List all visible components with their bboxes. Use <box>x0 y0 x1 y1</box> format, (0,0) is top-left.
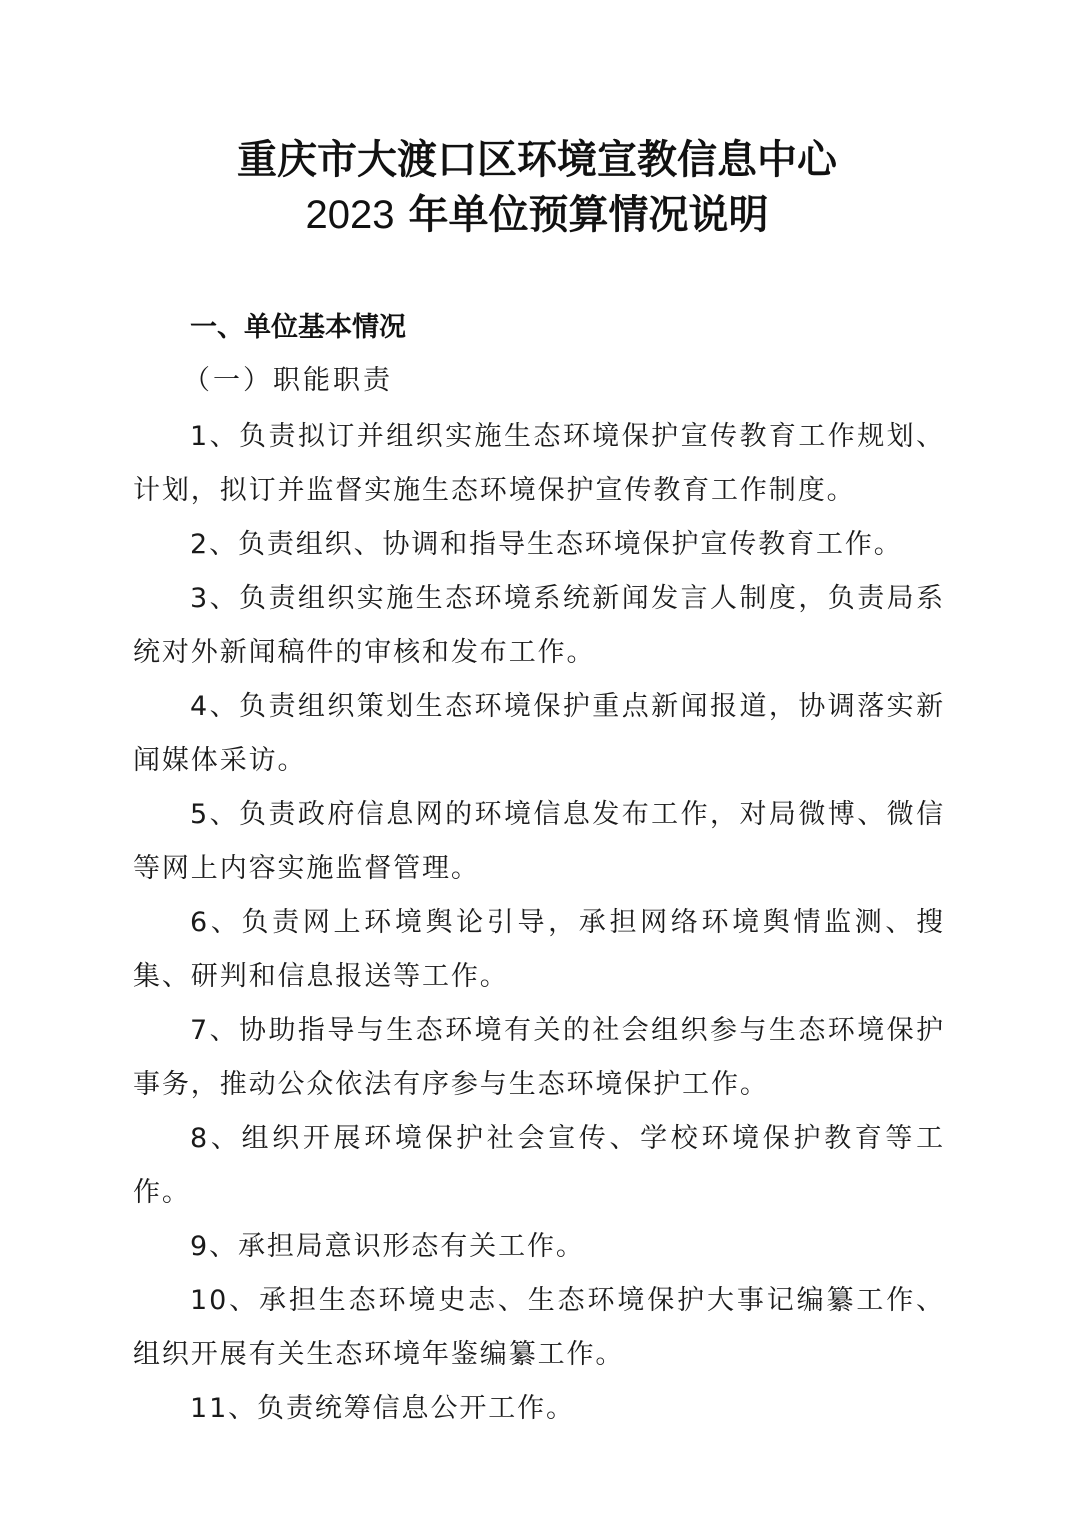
title-line2-text: 年单位预算情况说明 <box>408 191 768 238</box>
list-item: 1、负责拟订并组织实施生态环境保护宣传教育工作规划、计划，拟订并监督实施生态环境… <box>133 410 945 518</box>
list-item: 11、负责统筹信息公开工作。 <box>133 1382 945 1436</box>
list-item: 6、负责网上环境舆论引导，承担网络环境舆情监测、搜集、研判和信息报送等工作。 <box>133 896 945 1004</box>
document-title-line2: 2023 年单位预算情况说明 <box>0 191 1074 239</box>
list-item: 9、承担局意识形态有关工作。 <box>133 1220 945 1274</box>
list-item: 2、负责组织、协调和指导生态环境保护宣传教育工作。 <box>133 518 945 572</box>
list-item: 7、协助指导与生态环境有关的社会组织参与生态环境保护事务，推动公众依法有序参与生… <box>133 1004 945 1112</box>
list-item: 8、组织开展环境保护社会宣传、学校环境保护教育等工作。 <box>133 1112 945 1220</box>
title-year: 2023 <box>306 193 395 237</box>
functions-list: 1、负责拟订并组织实施生态环境保护宣传教育工作规划、计划，拟订并监督实施生态环境… <box>133 410 945 1436</box>
list-item: 3、负责组织实施生态环境系统新闻发言人制度，负责局系统对外新闻稿件的审核和发布工… <box>133 572 945 680</box>
list-item: 5、负责政府信息网的环境信息发布工作，对局微博、微信等网上内容实施监督管理。 <box>133 788 945 896</box>
document-page: 重庆市大渡口区环境宣教信息中心 2023 年单位预算情况说明 一、单位基本情况 … <box>0 0 1074 1520</box>
list-item: 10、承担生态环境史志、生态环境保护大事记编纂工作、组织开展有关生态环境年鉴编纂… <box>133 1274 945 1382</box>
subsection-heading-functions: （一）职能职责 <box>183 357 393 405</box>
list-item: 4、负责组织策划生态环境保护重点新闻报道，协调落实新闻媒体采访。 <box>133 680 945 788</box>
section-heading-basic-info: 一、单位基本情况 <box>190 304 406 352</box>
document-title-line1: 重庆市大渡口区环境宣教信息中心 <box>0 136 1074 184</box>
